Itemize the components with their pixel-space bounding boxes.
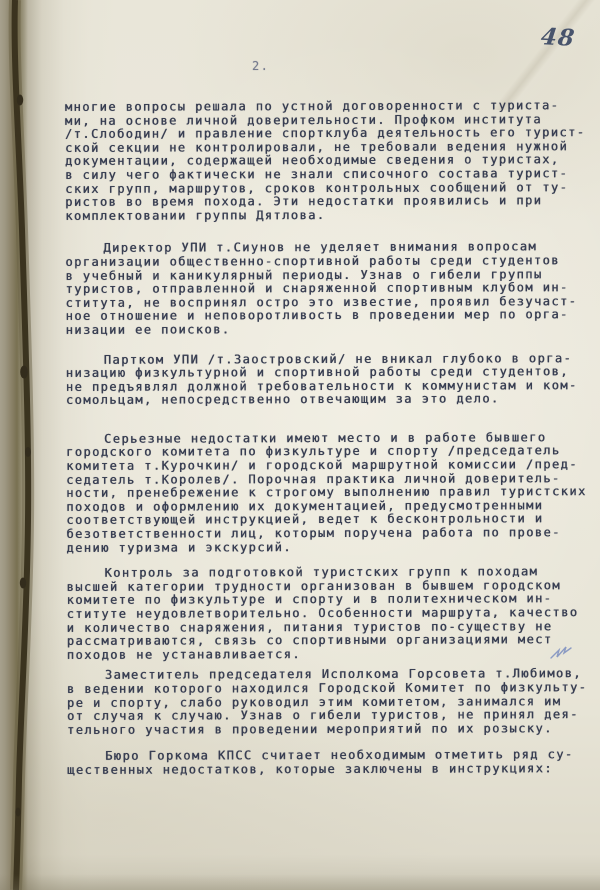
paragraph: Партком УПИ /т.Заостровский/ не вникал г… bbox=[66, 352, 590, 408]
binding-knot bbox=[15, 808, 20, 817]
text-line: тельного участия в проведении мероприяти… bbox=[67, 722, 591, 737]
text-line: низации ее поисков. bbox=[66, 322, 590, 337]
text-line: сомольцам, непосредственно отвечающим за… bbox=[66, 392, 590, 407]
typed-page-number: 2. bbox=[252, 59, 269, 73]
text-line: походов не устанавливается. bbox=[67, 647, 591, 662]
paragraph: Серьезные недостатки имеют место и в раб… bbox=[66, 431, 590, 555]
text-line: ное отношение и неповоротливость в прове… bbox=[66, 308, 590, 323]
binding-knot bbox=[25, 447, 31, 457]
binding-knot bbox=[20, 578, 26, 589]
scanned-page: 48 2. многие вопросы решала по устной до… bbox=[0, 0, 600, 890]
text-line: рассматриваются, связь со спортивными ор… bbox=[67, 633, 591, 648]
paragraph: Заместитель председателя Исполкома Горсо… bbox=[67, 667, 591, 737]
paragraph: Директор УПИ т.Сиунов не уделяет внимани… bbox=[65, 240, 589, 337]
text-line: комплектовании группы Дятлова. bbox=[65, 208, 589, 223]
book-binding-edge bbox=[0, 0, 48, 890]
document-body: многие вопросы решала по устной договоре… bbox=[65, 99, 591, 777]
paragraph: многие вопросы решала по устной договоре… bbox=[65, 99, 589, 223]
paragraph: Контроль за подготовкой туристских групп… bbox=[66, 565, 590, 662]
binding-knot bbox=[20, 366, 28, 379]
text-line: ристов во время похода. Эти недостатки п… bbox=[65, 194, 589, 209]
page-bottom-edge bbox=[0, 874, 600, 890]
text-line: безответственности лиц, которым поручена… bbox=[66, 526, 590, 541]
text-line: щественных недостатков, которые заключен… bbox=[67, 762, 591, 777]
handwritten-folio-number: 48 bbox=[539, 23, 576, 52]
page-corner-crease bbox=[460, 0, 600, 110]
blue-pencil-mark bbox=[549, 643, 583, 663]
binding-knot bbox=[17, 95, 23, 106]
text-line: дению туризма и экскурсий. bbox=[66, 540, 590, 555]
paragraph: Бюро Горкома КПСС считает необходимым от… bbox=[67, 748, 591, 777]
